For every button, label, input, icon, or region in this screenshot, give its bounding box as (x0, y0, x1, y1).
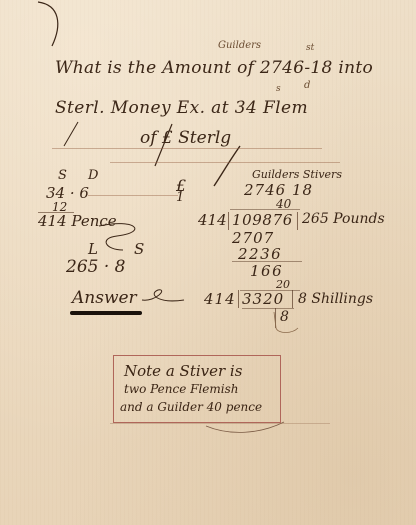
right-divisor: 414 (198, 211, 227, 229)
note-box: Note a Stiver is two Pence Flemish and a… (113, 355, 281, 423)
flourish-note (200, 418, 290, 438)
division-bar-right-2 (292, 290, 293, 308)
left-header-l: L (88, 240, 98, 258)
right-header: Guilders Stivers (252, 168, 342, 181)
right-dividend: 109876 (232, 211, 293, 229)
right-divisor-2: 414 (204, 290, 236, 308)
right-dividend-2: 3320 (242, 290, 284, 308)
superscript-stivers: st (306, 43, 314, 53)
division-bar-left-2 (238, 290, 239, 308)
rule-3 (88, 195, 178, 196)
flourish-answer (138, 284, 188, 308)
rule-1 (52, 148, 322, 149)
answer-label: Answer (72, 288, 137, 308)
right-quotient-2: 8 Shillings (298, 291, 373, 307)
left-header-s: S (58, 168, 67, 183)
note-line-3: and a Guilder 40 pence (120, 400, 262, 414)
division-bar-left (228, 212, 229, 230)
note-line-1: Note a Stiver is (124, 362, 242, 380)
superscript-d: d (304, 80, 310, 91)
pound-value: 1 (176, 190, 184, 205)
superscript-s: s (276, 84, 281, 94)
flourish-left-mid (95, 220, 155, 260)
superscript-guilders: Guilders (218, 40, 261, 51)
rule-note-base (110, 423, 330, 424)
flourish-remainder (248, 310, 304, 338)
rule-5 (230, 209, 300, 210)
left-header-s2: S (134, 240, 144, 258)
rule-2 (110, 162, 340, 163)
question-line-1: What is the Amount of 2746-18 into (55, 58, 373, 78)
manuscript-page: Guilders st What is the Amount of 2746-1… (0, 0, 416, 525)
right-quotient: 265 Pounds (302, 211, 385, 227)
note-line-2: two Pence Flemish (124, 382, 239, 396)
division-bar-right (297, 212, 298, 230)
left-header-d: D (88, 168, 98, 183)
flourish-top-left (30, 0, 70, 50)
left-result: 265 · 8 (66, 257, 125, 277)
answer-underline (70, 311, 142, 315)
question-line-2: Sterl. Money Ex. at 34 Flem (55, 98, 308, 118)
